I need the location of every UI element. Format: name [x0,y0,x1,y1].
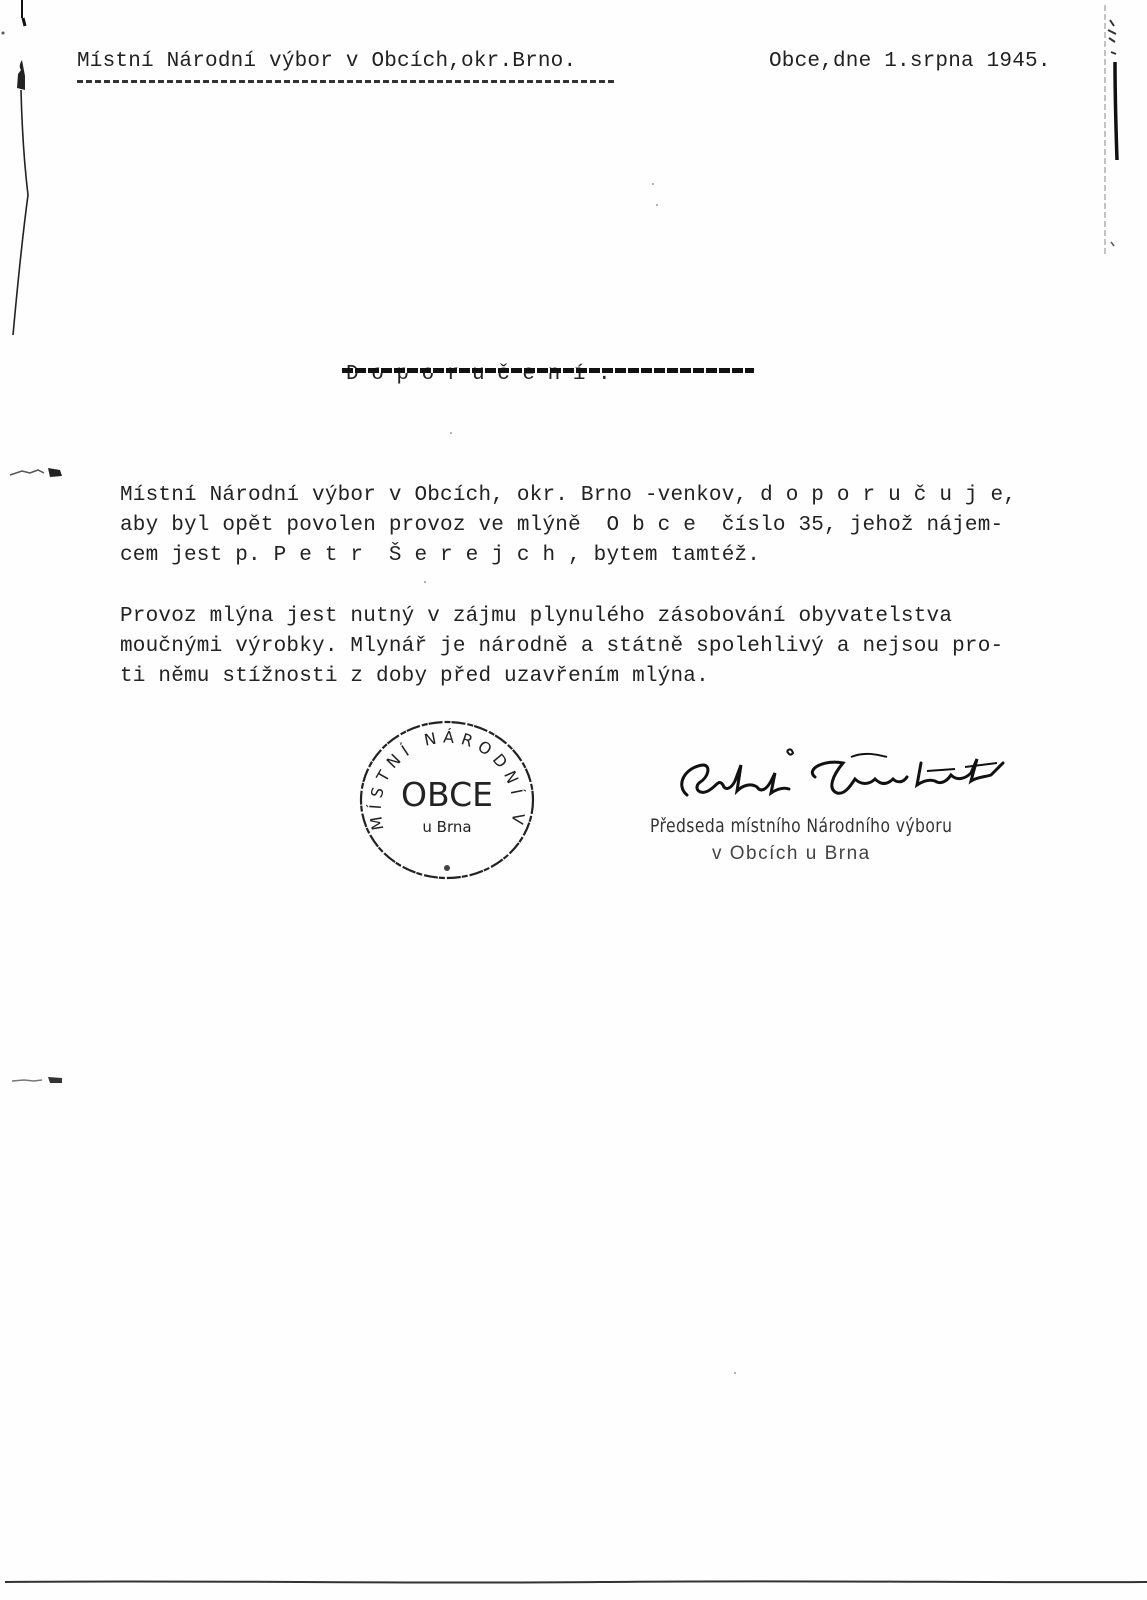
signatory-place: v Obcích u Brna [712,843,871,865]
paragraph-line: moučnými výrobky. Mlynář je národně a st… [120,632,1003,662]
scan-speck [424,581,426,583]
place-and-date: Obce,dne 1.srpna 1945. [769,50,1051,73]
signature-icon [665,745,1015,820]
document-title: D o p o r u č e n í . [346,363,611,386]
scan-edge-artifact-bottom [0,1578,1147,1586]
official-stamp: MÍSTNÍ NÁRODNÍ VÝBOR OBCE u Brna [356,716,538,882]
scan-speck [652,183,654,185]
svg-text:MÍSTNÍ NÁRODNÍ VÝBOR: MÍSTNÍ NÁRODNÍ VÝBOR [356,716,528,832]
paragraph-line: cem jest p. P e t r Š e r e j c h , byte… [120,541,760,571]
scan-edge-artifact-right [1098,0,1128,260]
scan-edge-artifact-left [0,0,40,340]
scan-speck [734,1372,736,1374]
document-page: Místní Národní výbor v Obcích,okr.Brno. … [0,0,1147,1600]
stamp-ring-text: MÍSTNÍ NÁRODNÍ VÝBOR [356,716,528,832]
paragraph-line: aby byl opět povolen provoz ve mlýně O b… [120,511,1003,541]
issuer-underline [77,80,614,97]
stamp-center-text: OBCE [401,775,493,814]
paragraph-line: Provoz mlýna jest nutný v zájmu plynuléh… [120,602,952,632]
paragraph-line: ti němu stížnosti z doby před uzavřením … [120,662,709,692]
scan-mark-artifact [8,465,64,479]
paragraph-line: Místní Národní výbor v Obcích, okr. Brno… [120,481,1016,511]
scan-speck [450,432,452,434]
stamp-seal-icon: MÍSTNÍ NÁRODNÍ VÝBOR OBCE u Brna [356,716,538,882]
scan-speck [656,204,658,206]
scan-mark-artifact [8,1073,64,1085]
signatory-title: Předseda místního Národního výboru [650,815,952,837]
issuer-heading: Místní Národní výbor v Obcích,okr.Brno. [77,50,576,73]
handwritten-signature [665,745,1015,820]
title-underline [342,368,754,373]
stamp-sub-text: u Brna [422,818,471,836]
